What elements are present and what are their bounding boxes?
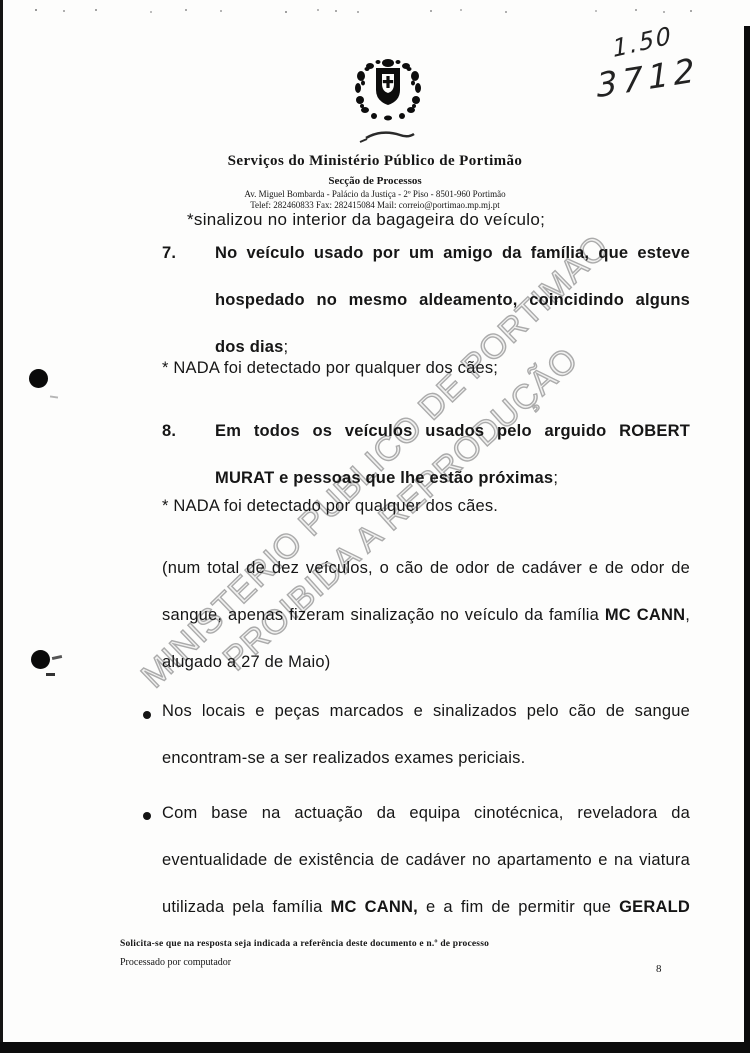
bullet-item-2: Com base na actuação da equipa cinotécni… (162, 790, 690, 931)
scan-edge-bottom (0, 1042, 750, 1053)
contact-line: Telef: 282460833 Fax: 282415084 Mail: co… (0, 200, 750, 210)
signature-swoosh (366, 133, 414, 138)
scan-smudge (52, 655, 62, 660)
item-7-result-note: * NADA foi detectado por qualquer dos cã… (162, 345, 707, 392)
coat-of-arms-icon (350, 56, 426, 150)
hole-punch-dot (31, 650, 50, 669)
scan-noise-speckles (35, 9, 37, 11)
page-number: 8 (656, 963, 662, 975)
bullet-dot-icon (143, 711, 151, 719)
org-name: Serviços do Ministério Público de Portim… (0, 153, 750, 170)
handwritten-page-reference: 3712 (596, 50, 701, 105)
section-name: Secção de Processos (0, 175, 750, 187)
scan-smudge (46, 673, 55, 676)
parenthetical-note: (num total de dez veículos, o cão de odo… (162, 545, 690, 686)
address-line: Av. Miguel Bombarda - Palácio da Justiça… (0, 189, 750, 199)
hole-punch-dot (29, 369, 48, 388)
bullet-item-1: Nos locais e peças marcados e sinalizado… (162, 688, 690, 782)
item-7-number: 7. (162, 230, 176, 277)
item-8-result-note: * NADA foi detectado por qualquer dos cã… (162, 483, 707, 530)
scanned-document-page: 1.50 3712 (0, 0, 750, 1053)
footer-reference-request: Solicita-se que na resposta seja indicad… (120, 939, 489, 949)
footer-processed-note: Processado por computador (120, 957, 231, 968)
bullet-dot-icon (143, 812, 151, 820)
scan-smudge (50, 395, 58, 398)
carryover-line: *sinalizou no interior da bagageira do v… (187, 210, 545, 230)
item-8-number: 8. (162, 408, 176, 455)
